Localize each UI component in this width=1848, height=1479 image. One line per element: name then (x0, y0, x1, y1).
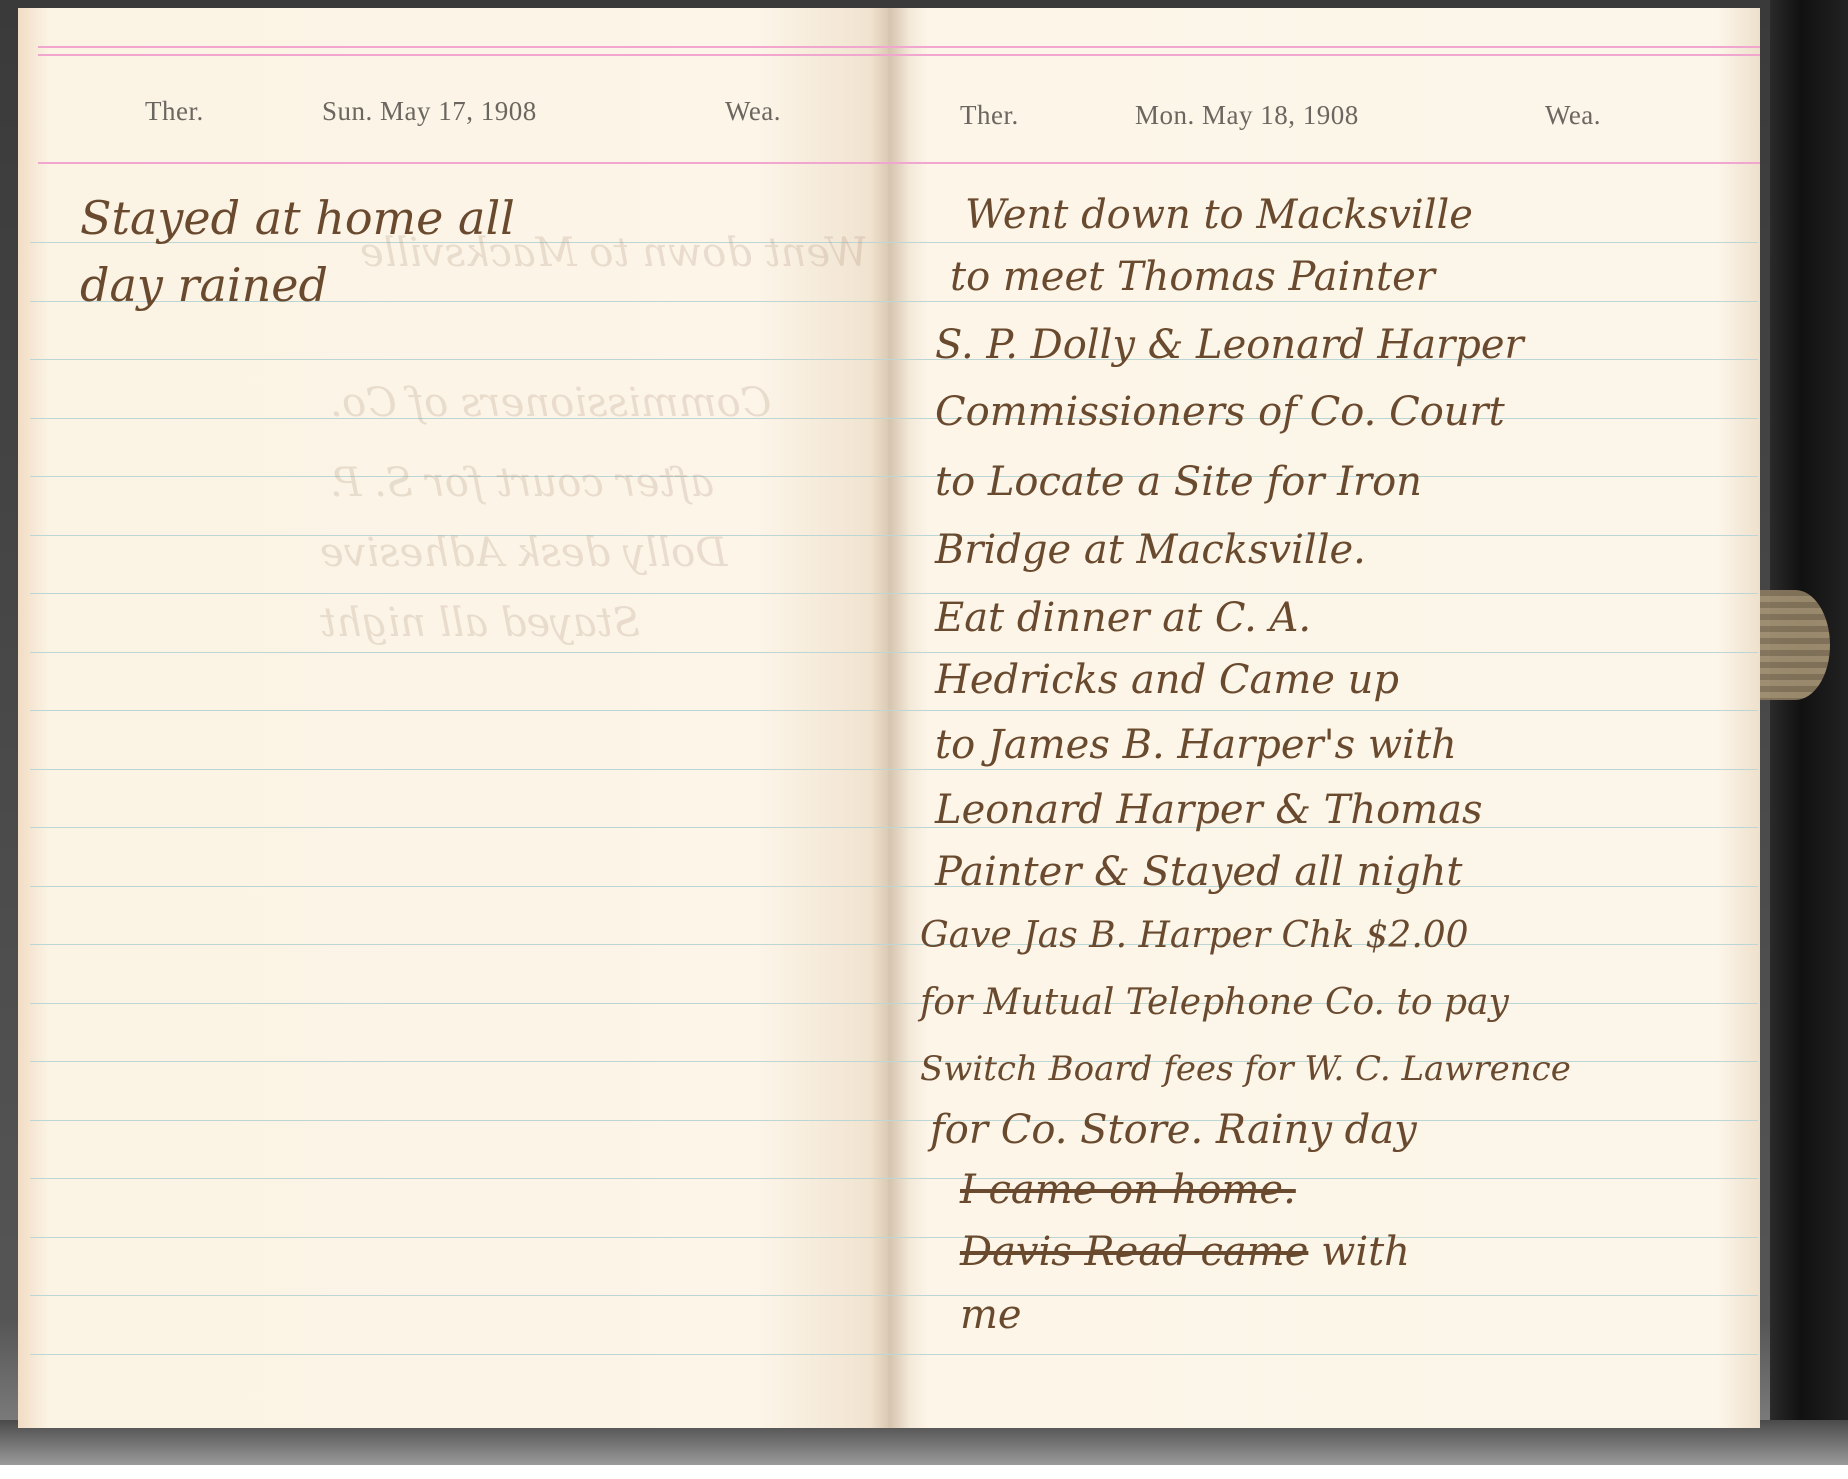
entry-word: me (960, 1295, 1022, 1335)
left-date: Sun. May 17, 1908 (322, 96, 537, 127)
ruled-line (30, 1354, 1758, 1355)
entry-word: with (1321, 1229, 1410, 1275)
ruled-line (30, 827, 1758, 828)
left-entry-line: Stayed at home all (80, 195, 515, 241)
right-entry-line: Hedricks and Came up (935, 660, 1399, 700)
right-entry-line: Bridge at Macksville. (935, 530, 1366, 570)
ruled-line (30, 1295, 1758, 1296)
ruled-line (30, 710, 1758, 711)
right-entry-line: for Co. Store. Rainy day (930, 1110, 1417, 1150)
header-rule-top-1 (38, 46, 1760, 48)
ruled-line (30, 652, 1758, 653)
header-rule-top-2 (38, 54, 1760, 56)
struck-entry-line: I came on home. (960, 1170, 1296, 1210)
ruled-line (30, 593, 1758, 594)
right-date: Mon. May 18, 1908 (1135, 100, 1359, 131)
ruled-line (30, 769, 1758, 770)
show-through-text: after court for S. P. (330, 460, 714, 506)
book-gutter (870, 8, 910, 1428)
left-entry-line: day rained (80, 262, 328, 308)
header-rule-bottom (38, 162, 1760, 164)
book-clasp (1760, 590, 1830, 700)
right-entry-line: to James B. Harper's with (935, 725, 1457, 765)
ruled-line (30, 944, 1758, 945)
right-entry-line: to Locate a Site for Iron (935, 462, 1422, 502)
ruled-line (30, 1178, 1758, 1179)
right-entry-line: S. P. Dolly & Leonard Harper (935, 325, 1524, 365)
right-entry-line: Leonard Harper & Thomas (935, 790, 1482, 830)
right-entry-line: Commissioners of Co. Court (935, 392, 1505, 432)
right-wea-label: Wea. (1545, 100, 1601, 131)
right-entry-line: Painter & Stayed all night (935, 852, 1462, 892)
right-entry-line: Went down to Macksville (965, 195, 1473, 235)
show-through-text: Stayed all night (320, 600, 640, 646)
right-entry-line: Switch Board fees for W. C. Lawrence (920, 1052, 1571, 1086)
show-through-text: Commissioners of Co. (330, 380, 771, 426)
ruled-line (30, 476, 1758, 477)
right-entry-line: Eat dinner at C. A. (935, 598, 1311, 638)
book-cover-edge (1770, 0, 1848, 1440)
right-ther-label: Ther. (960, 100, 1019, 131)
right-entry-line: to meet Thomas Painter (950, 257, 1435, 297)
ruled-line (30, 535, 1758, 536)
ruled-line (30, 1120, 1758, 1121)
left-ther-label: Ther. (145, 96, 204, 127)
ruled-line (30, 886, 1758, 887)
right-entry-line: for Mutual Telephone Co. to pay (920, 985, 1509, 1021)
ruled-line (30, 1237, 1758, 1238)
left-wea-label: Wea. (725, 96, 781, 127)
show-through-text: Dolly desk Adhesive (320, 530, 727, 576)
right-entry-line: Gave Jas B. Harper Chk $2.00 (920, 918, 1469, 954)
struck-entry-line: Davis Read came (960, 1229, 1308, 1275)
